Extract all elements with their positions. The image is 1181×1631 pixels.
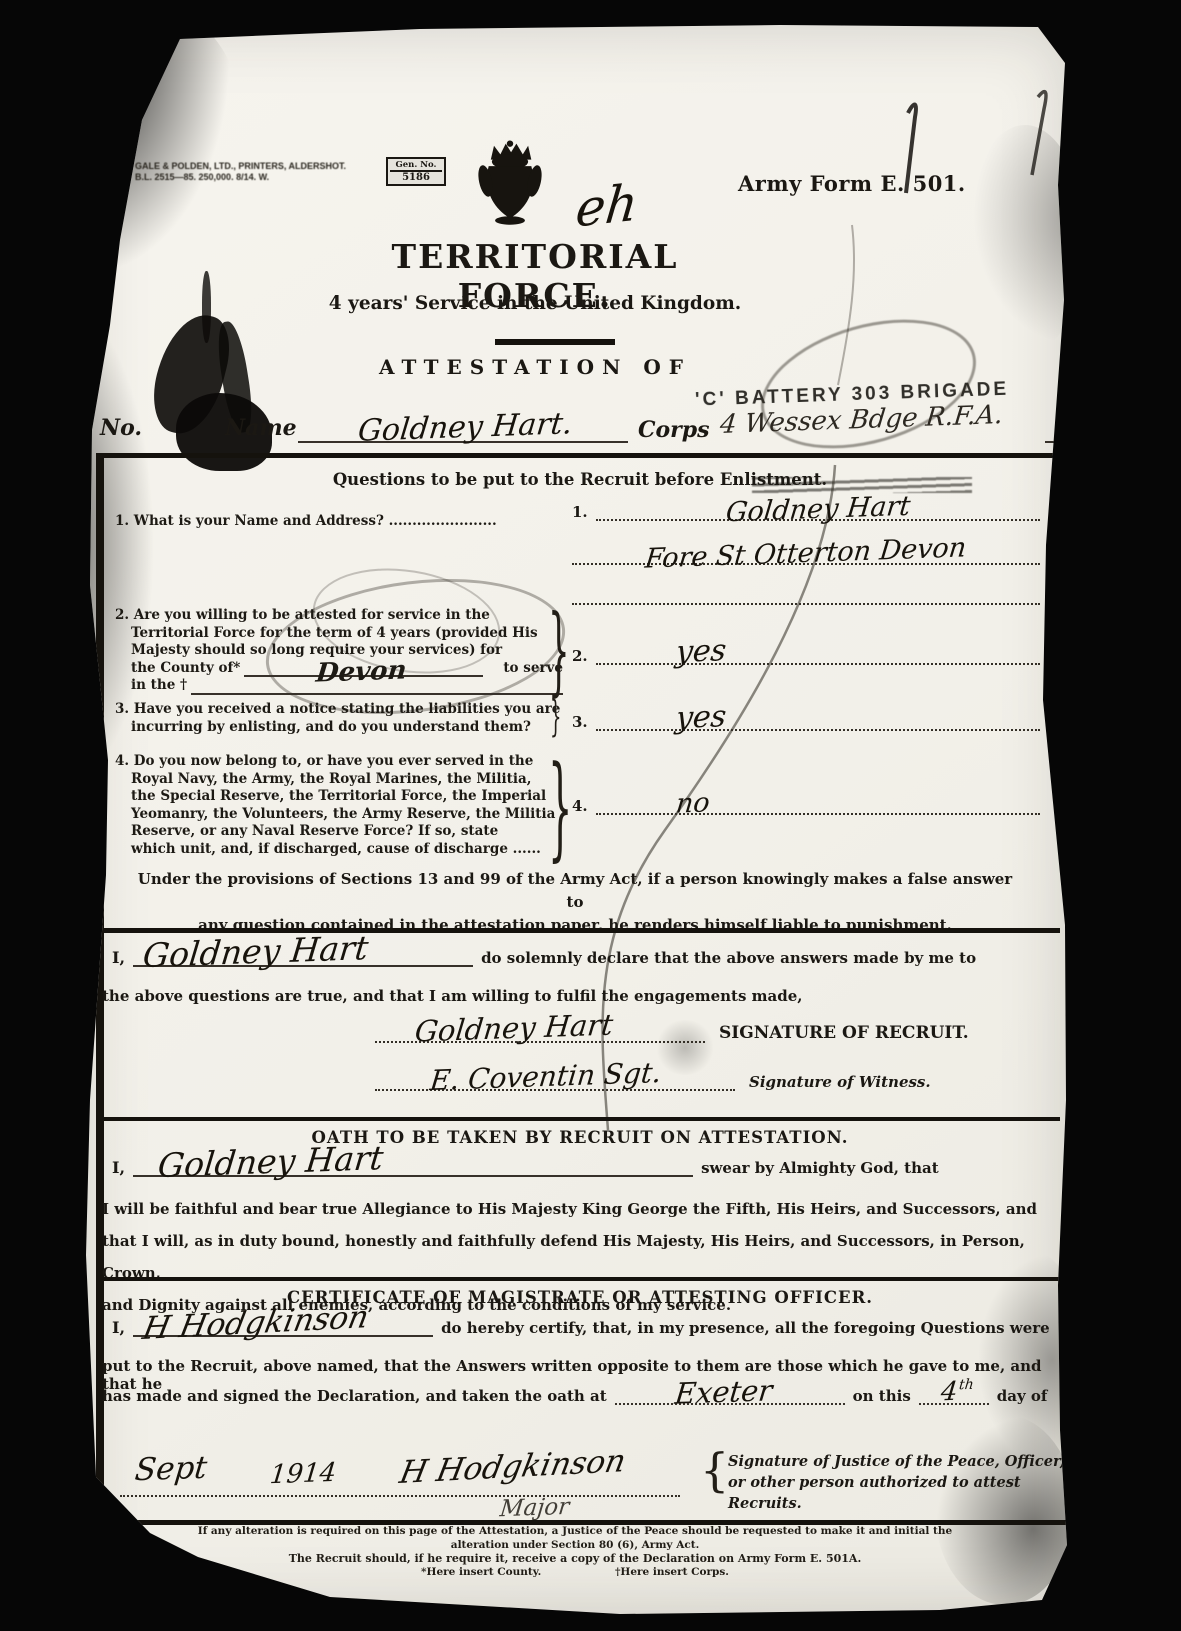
- question-4-line: 4. Do you now belong to, or have you eve…: [115, 753, 563, 771]
- day-line: 4 th: [919, 1387, 989, 1405]
- declaration-name: Goldney Hart: [141, 928, 370, 975]
- army-act-warning: Under the provisions of Sections 13 and …: [130, 868, 1020, 937]
- answer-1-value: Goldney Hart: [724, 491, 912, 529]
- heading-rule: [495, 339, 615, 345]
- answer-3-value: yes: [674, 699, 728, 736]
- no-label: No.: [100, 415, 142, 441]
- year-value: 1914: [268, 1458, 337, 1490]
- question-2-last: in the †: [131, 677, 187, 695]
- day-of-label: day of: [997, 1387, 1048, 1405]
- signature-note-line2: or other person authorized to attest Rec…: [728, 1472, 1078, 1514]
- handwritten-annotation: eh: [573, 173, 641, 238]
- question-3-line: 3. Have you received a notice stating th…: [115, 701, 563, 719]
- footnote-county: *Here insert County.: [421, 1566, 541, 1578]
- oath-name-line: Goldney Hart: [133, 1157, 693, 1177]
- on-this-label: on this: [853, 1387, 911, 1405]
- place-line: Exeter: [615, 1387, 845, 1405]
- month-value: Sept: [133, 1450, 209, 1489]
- dotted-line: yes: [596, 713, 1040, 731]
- signature-note-brace: {: [700, 1447, 729, 1493]
- answer-1-line2: Fore St Otterton Devon: [572, 547, 1040, 565]
- answer-1-number: 1.: [572, 503, 588, 521]
- warning-line1: Under the provisions of Sections 13 and …: [130, 868, 1020, 914]
- scanned-attestation-document: { "page": { "printer_line1": "GALE & POL…: [0, 0, 1181, 1631]
- place-value: Exeter: [673, 1373, 774, 1411]
- question-3-line: incurring by enlisting, and do you under…: [115, 719, 563, 737]
- oath-name: Goldney Hart: [156, 1138, 385, 1185]
- question-3-text: 3. Have you received a notice stating th…: [115, 701, 563, 736]
- day-value: 4: [939, 1377, 959, 1408]
- answer-1-address: Fore St Otterton Devon: [644, 532, 968, 574]
- oath-row1: I, Goldney Hart swear by Almighty God, t…: [112, 1157, 1047, 1177]
- certificate-oath-at: has made and signed the Declaration, and…: [102, 1387, 607, 1405]
- footnote-corps: †Here insert Corps.: [615, 1566, 729, 1578]
- section-divider: [104, 1277, 1060, 1281]
- declaration-i-label: I,: [112, 948, 125, 967]
- officer-signature-line: [120, 1495, 680, 1497]
- oath-i-label: I,: [112, 1158, 125, 1177]
- serve-blank: [191, 679, 563, 695]
- dotted-line: Fore St Otterton Devon: [572, 547, 1040, 565]
- answer-3-number: 3.: [572, 713, 588, 731]
- footer-line4: *Here insert County. †Here insert Corps.: [150, 1566, 1000, 1580]
- name-label: Name: [225, 415, 297, 441]
- recruit-signature-label: SIGNATURE OF RECRUIT.: [719, 1023, 969, 1043]
- gen-no-box: Gen. No. 5186: [386, 157, 446, 186]
- question-2-brace: }: [548, 603, 570, 699]
- dotted-line: Goldney Hart: [596, 503, 1040, 521]
- page-subtitle: 4 years' Service in the United Kingdom.: [315, 293, 755, 314]
- royal-crest-icon: [478, 137, 542, 225]
- question-1-line: 1. What is your Name and Address? ......…: [115, 513, 560, 531]
- answer-1-line1: 1. Goldney Hart: [572, 503, 1040, 521]
- question-4-line: Yeomanry, the Volunteers, the Army Reser…: [115, 806, 563, 824]
- oath-text-after: swear by Almighty God, that: [701, 1159, 939, 1177]
- question-2-county-row: the County of* Devon to serve: [115, 660, 563, 678]
- footer-line3: The Recruit should, if he require it, re…: [150, 1552, 1000, 1566]
- printer-imprint: GALE & POLDEN, LTD., PRINTERS, ALDERSHOT…: [135, 161, 360, 183]
- paper-sheet: GALE & POLDEN, LTD., PRINTERS, ALDERSHOT…: [80, 25, 1070, 1615]
- answer-4-row: 4. no: [572, 797, 1040, 815]
- dotted-line: [572, 587, 1040, 605]
- county-before: the County of*: [131, 660, 240, 678]
- declaration-name-line: Goldney Hart: [133, 947, 473, 967]
- recruit-signature-row: Goldney Hart SIGNATURE OF RECRUIT.: [375, 1021, 1045, 1043]
- signature-note: Signature of Justice of the Peace, Offic…: [728, 1451, 1078, 1514]
- recruit-signature: Goldney Hart: [413, 1007, 614, 1048]
- dotted-line: no: [596, 797, 1040, 815]
- signature-note-line1: Signature of Justice of the Peace, Offic…: [728, 1451, 1078, 1472]
- dotted-line: yes: [596, 647, 1040, 665]
- question-3-brace: }: [550, 697, 561, 739]
- recruit-signature-line: Goldney Hart: [375, 1021, 705, 1043]
- questions-heading: Questions to be put to the Recruit befor…: [230, 470, 930, 489]
- question-2-last-row: in the †: [115, 677, 563, 695]
- witness-signature: E. Coventin Sgt.: [428, 1056, 663, 1097]
- footer-line1: If any alteration is required on this pa…: [150, 1525, 1000, 1539]
- question-4-line: the Special Reserve, the Territorial For…: [115, 788, 563, 806]
- printer-imprint-line2: B.L. 2515—85. 250,000. 8/14. W.: [135, 172, 360, 183]
- question-4-line: Reserve, or any Naval Reserve Force? If …: [115, 823, 563, 841]
- question-2-text: 2. Are you willing to be attested for se…: [115, 607, 563, 695]
- footer-line2: alteration under Section 80 (6), Army Ac…: [150, 1539, 1000, 1553]
- declaration-line2: the above questions are true, and that I…: [102, 987, 1052, 1005]
- certificate-text-after: do hereby certify, that, in my presence,…: [441, 1319, 1050, 1337]
- form-number: Army Form E. 501.: [738, 171, 966, 196]
- certificate-name-line: H Hodgkinson: [133, 1317, 433, 1337]
- name-value: Goldney Hart.: [356, 406, 574, 449]
- section-divider: [104, 1117, 1060, 1121]
- answer-4-number: 4.: [572, 797, 588, 815]
- day-suffix: th: [958, 1377, 974, 1394]
- question-2-line: 2. Are you willing to be attested for se…: [115, 607, 563, 625]
- question-4-text: 4. Do you now belong to, or have you eve…: [115, 753, 563, 858]
- attestation-heading: ATTESTATION OF: [315, 355, 755, 379]
- certificate-i-label: I,: [112, 1318, 125, 1337]
- question-1-text: 1. What is your Name and Address? ......…: [115, 513, 560, 531]
- question-4-line: Royal Navy, the Army, the Royal Marines,…: [115, 771, 563, 789]
- question-4-line: which unit, and, if discharged, cause of…: [115, 841, 563, 859]
- gen-no-value: 5186: [390, 172, 442, 183]
- declaration-row: I, Goldney Hart do solemnly declare that…: [112, 947, 1047, 967]
- answer-4-value: no: [674, 787, 711, 819]
- oath-body-line1: I will be faithful and bear true Allegia…: [102, 1193, 1052, 1225]
- answer-3-row: 3. yes: [572, 713, 1040, 731]
- corps-label: Corps: [638, 417, 710, 443]
- certificate-line3: has made and signed the Declaration, and…: [102, 1387, 1057, 1405]
- footer-notes: If any alteration is required on this pa…: [150, 1525, 1000, 1579]
- declaration-text: do solemnly declare that the above answe…: [481, 949, 976, 967]
- answer-1-line3: [572, 587, 1040, 605]
- question-4-brace: }: [548, 751, 573, 863]
- question-2-line: Territorial Force for the term of 4 year…: [115, 625, 563, 643]
- county-blank: Devon: [244, 661, 483, 677]
- name-field-line: Goldney Hart.: [298, 413, 628, 443]
- printer-imprint-line1: GALE & POLDEN, LTD., PRINTERS, ALDERSHOT…: [135, 161, 360, 172]
- witness-signature-label: Signature of Witness.: [749, 1073, 931, 1091]
- officer-rank: Major: [499, 1494, 571, 1523]
- gen-no-label: Gen. No.: [390, 160, 442, 172]
- corps-field-line: [1045, 413, 1181, 443]
- answer-2-row: 2. yes: [572, 647, 1040, 665]
- answer-2-number: 2.: [572, 647, 588, 665]
- certificate-row1: I, H Hodgkinson do hereby certify, that,…: [112, 1317, 1052, 1337]
- answer-2-value: yes: [674, 633, 728, 670]
- witness-signature-row: E. Coventin Sgt. Signature of Witness.: [375, 1069, 1045, 1091]
- witness-signature-line: E. Coventin Sgt.: [375, 1069, 735, 1091]
